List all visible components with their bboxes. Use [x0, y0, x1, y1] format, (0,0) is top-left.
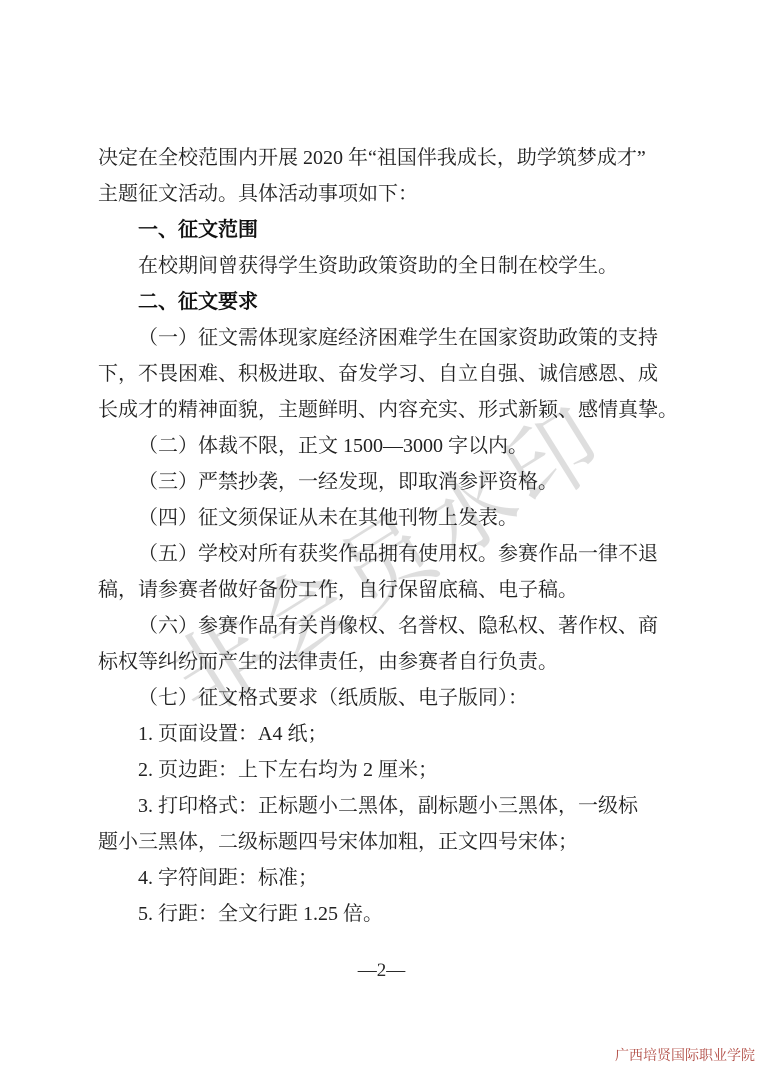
- doc-line: 决定在全校范围内开展 2020 年“祖国伴我成长，助学筑梦成才”: [98, 140, 698, 176]
- doc-line: （七）征文格式要求（纸质版、电子版同）：: [98, 680, 698, 716]
- doc-line: 二、征文要求: [98, 284, 698, 320]
- doc-line: （四）征文须保证从未在其他刊物上发表。: [98, 500, 698, 536]
- doc-line: （三）严禁抄袭，一经发现，即取消参评资格。: [98, 464, 698, 500]
- doc-line: 长成才的精神面貌，主题鲜明、内容充实、形式新颖、感情真挚。: [98, 392, 698, 428]
- doc-line: 下，不畏困难、积极进取、奋发学习、自立自强、诚信感恩、成: [98, 356, 698, 392]
- page-number: —2—: [0, 960, 763, 982]
- doc-line: 4. 字符间距：标准；: [98, 860, 698, 896]
- doc-line: 2. 页边距：上下左右均为 2 厘米；: [98, 752, 698, 788]
- doc-line: 一、征文范围: [98, 212, 698, 248]
- doc-line: 标权等纠纷而产生的法律责任，由参赛者自行负责。: [98, 644, 698, 680]
- doc-line: 在校期间曾获得学生资助政策资助的全日制在校学生。: [98, 248, 698, 284]
- footer-brand: 广西培贤国际职业学院: [615, 1045, 755, 1065]
- doc-line: 稿，请参赛者做好备份工作，自行保留底稿、电子稿。: [98, 572, 698, 608]
- doc-line: （二）体裁不限，正文 1500—3000 字以内。: [98, 428, 698, 464]
- document-page: 非会员水印 决定在全校范围内开展 2020 年“祖国伴我成长，助学筑梦成才”主题…: [0, 0, 763, 1080]
- doc-line: （六）参赛作品有关肖像权、名誉权、隐私权、著作权、商: [98, 608, 698, 644]
- doc-line: （五）学校对所有获奖作品拥有使用权。参赛作品一律不退: [98, 536, 698, 572]
- doc-line: 1. 页面设置：A4 纸；: [98, 716, 698, 752]
- document-body: 决定在全校范围内开展 2020 年“祖国伴我成长，助学筑梦成才”主题征文活动。具…: [98, 140, 698, 932]
- doc-line: （一）征文需体现家庭经济困难学生在国家资助政策的支持: [98, 320, 698, 356]
- doc-line: 题小三黑体，二级标题四号宋体加粗，正文四号宋体；: [98, 824, 698, 860]
- doc-line: 3. 打印格式：正标题小二黑体，副标题小三黑体，一级标: [98, 788, 698, 824]
- doc-line: 主题征文活动。具体活动事项如下：: [98, 176, 698, 212]
- doc-line: 5. 行距：全文行距 1.25 倍。: [98, 896, 698, 932]
